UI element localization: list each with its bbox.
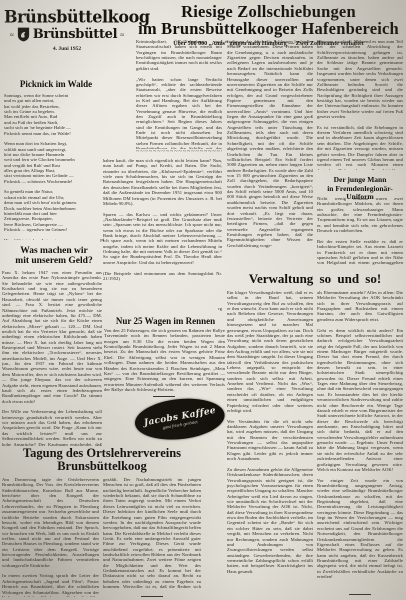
article-end-rule <box>153 396 175 397</box>
masthead-row2: ≈ Brünsbüttel ≈ <box>4 27 130 42</box>
jacobs-kaffee-ad: Jacobs Kaffee ganz frisch geröstet <box>133 394 229 447</box>
article-end-rule <box>349 594 371 595</box>
verwaltung-headline: Verwaltung so und so! <box>225 271 405 287</box>
tagung-column-1: Am Donnerstag tagte der Ortslehrerverein… <box>2 477 99 597</box>
wavy-separator: ~~~~~~~~~~~~~~~~~~~~~~~~~~~~~~~~~~~~ <box>136 149 222 155</box>
lead-article-column-1: Kriminalpolizei, Zollfahndung und Staats… <box>136 39 222 149</box>
issue-date: 4. Juni 1952 <box>4 46 130 52</box>
masthead-flourish-left: ≈ <box>10 31 14 39</box>
geld-column-2: haben kauft, die man sich eigentlich nic… <box>103 158 222 306</box>
newspaper-page: Brünsbüttelkoog ≈ Brünsbüttel ≈ 4. Juni … <box>0 0 406 600</box>
coat-of-arms-icon <box>17 27 30 42</box>
picknick-signature: pi <box>4 237 108 242</box>
lead-article-column-3: nommen wurden.“ Während es nun zum Teil … <box>317 39 403 170</box>
article-end-rule <box>141 596 163 597</box>
legionaer-body: Nicht wenig erstaunt waren zwei Brunsbüt… <box>317 196 403 267</box>
masthead: Brünsbüttelkoog ≈ Brünsbüttel ≈ 4. Juni … <box>4 7 130 52</box>
lead-article-column-2: fertigung der durch die Schleusen laufen… <box>227 39 313 267</box>
coffee-bean-shape: Jacobs Kaffee ganz frisch geröstet <box>133 395 227 444</box>
lead-headline-line1: Riesige Zollschiebungen <box>133 3 404 20</box>
rallye-headline: Nur 25 Wagen im Rennen <box>103 316 228 326</box>
geld-signature: rg <box>103 306 226 311</box>
verwaltung-column-2: als Ehrenmänner ansieht? Alles in allem:… <box>317 290 403 588</box>
rallye-body: Von den 25 Fahrzeugen, die sich gestern … <box>104 328 225 393</box>
masthead-title-line2: Brünsbüttel <box>33 27 118 42</box>
geld-headline: Was machen wir mit unserem Geld? <box>2 246 106 267</box>
lead-headline-line2: im Brunsbüttelkooger Hafenbereich <box>133 20 404 37</box>
tagung-column-2: gezählt. Der Nachahmungstrieb im jungen … <box>103 477 201 590</box>
tagung-headline: Tagung des Ortslehrervereins Brunsbüttel… <box>6 447 198 473</box>
masthead-title-line1: Brünsbüttelkoog <box>4 7 130 27</box>
picknick-poem: Sonntags, wenn die Sonne scheint und es … <box>4 93 106 240</box>
geld-column-1: Frau X. bekam 1947 von einer Freundin au… <box>2 270 102 446</box>
verwaltung-column-1: Ein kluger Verwaltungsleiter weiß, daß e… <box>227 290 313 592</box>
picknick-headline: Picknick im Walde <box>2 79 110 89</box>
masthead-flourish-right: ≈ <box>120 31 124 39</box>
